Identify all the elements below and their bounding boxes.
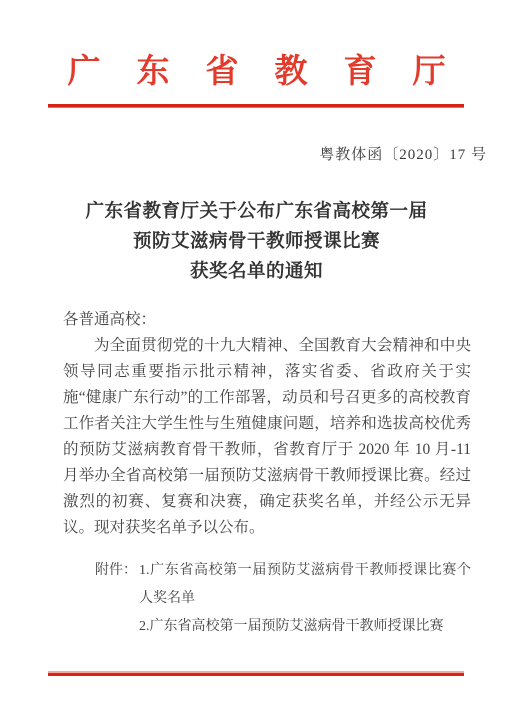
notice-title: 广东省教育厅关于公布广东省高校第一届 预防艾滋病骨干教师授课比赛 获奖名单的通知 — [0, 197, 513, 287]
body-paragraph: 为全面贯彻党的十九大精神、全国教育大会精神和中央领导同志重要指示批示精神，落实省… — [63, 333, 471, 541]
red-rule-top — [48, 104, 464, 108]
body-text: 各普通高校： 为全面贯彻党的十九大精神、全国教育大会精神和中央领导同志重要指示批… — [63, 307, 471, 641]
red-rule-bottom — [48, 671, 464, 676]
agency-name: 广东省教育厅 — [32, 52, 482, 92]
attachments-label: 附件： — [95, 557, 137, 641]
agency-header: 广东省教育厅 — [0, 0, 513, 92]
doc-number: 粤教体函〔2020〕17 号 — [0, 147, 513, 164]
attachments-block: 附件： 1.广东省高校第一届预防艾滋病骨干教师授课比赛个人奖名单 2.广东省高校… — [63, 557, 471, 641]
salutation: 各普通高校： — [63, 307, 471, 333]
attachments-list: 1.广东省高校第一届预防艾滋病骨干教师授课比赛个人奖名单 2.广东省高校第一届预… — [139, 557, 471, 641]
notice-title-line1: 广东省教育厅关于公布广东省高校第一届 — [0, 197, 513, 227]
notice-title-line2: 预防艾滋病骨干教师授课比赛 — [0, 227, 513, 257]
attachment-item-2: 2.广东省高校第一届预防艾滋病骨干教师授课比赛 — [139, 613, 471, 641]
document-page: 广东省教育厅 粤教体函〔2020〕17 号 广东省教育厅关于公布广东省高校第一届… — [0, 0, 513, 715]
notice-title-line3: 获奖名单的通知 — [0, 257, 513, 287]
attachment-item-1: 1.广东省高校第一届预防艾滋病骨干教师授课比赛个人奖名单 — [139, 557, 471, 613]
